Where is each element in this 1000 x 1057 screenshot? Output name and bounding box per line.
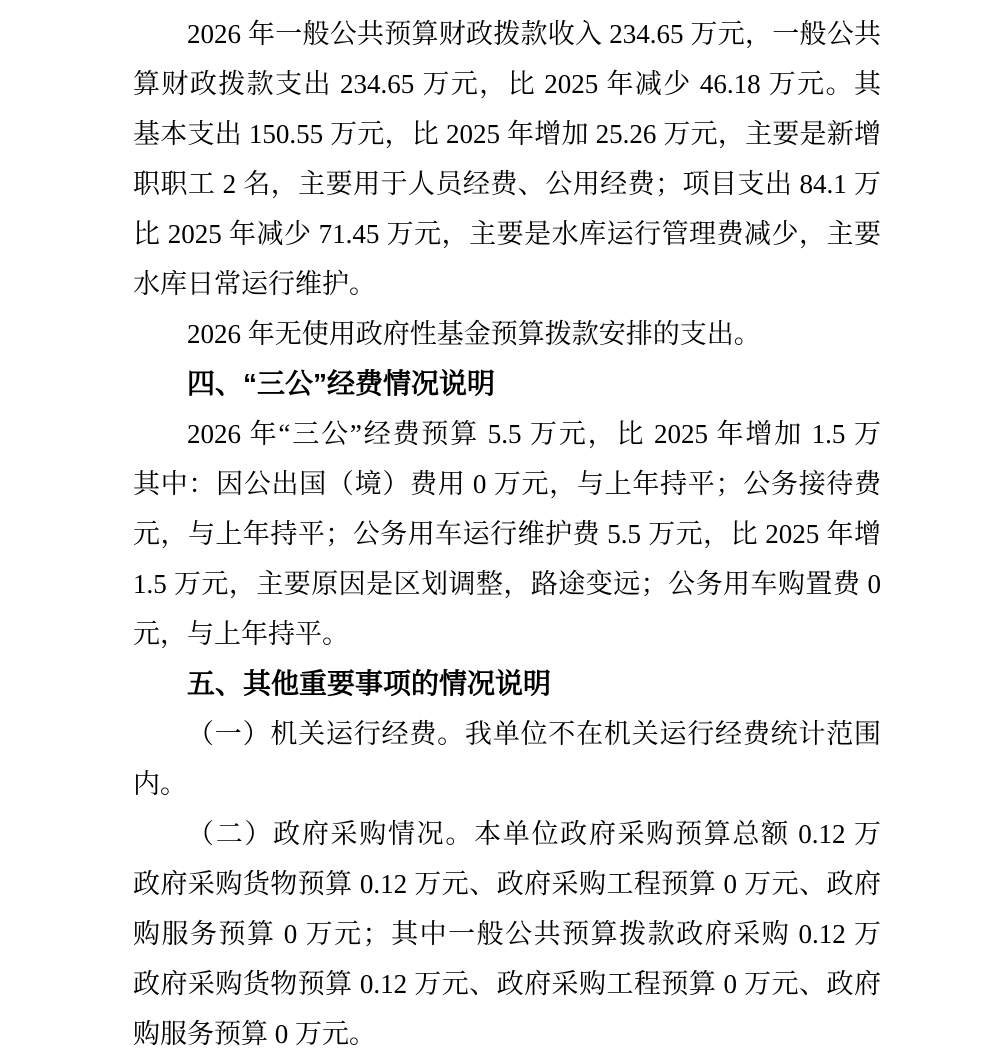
text-line: （二）政府采购情况。本单位政府采购预算总额 0.12 万元： xyxy=(133,809,881,859)
text-line: 购服务预算 0 万元。 xyxy=(133,1009,881,1057)
text-line: 2026 年“三公”经费预算 5.5 万元，比 2025 年增加 1.5 万元。 xyxy=(133,409,881,459)
document-page: 2026 年一般公共预算财政拨款收入 234.65 万元，一般公共预算财政拨款支… xyxy=(133,9,881,1057)
section-heading: 四、“三公”经费情况说明 xyxy=(133,359,881,409)
text-line: 政府采购货物预算 0.12 万元、政府采购工程预算 0 万元、政府采 xyxy=(133,959,881,1009)
text-line: 元，与上年持平；公务用车运行维护费 5.5 万元，比 2025 年增加 xyxy=(133,509,881,559)
text-line: 其中：因公出国（境）费用 0 万元，与上年持平；公务接待费 0 万 xyxy=(133,459,881,509)
text-line: 1.5 万元，主要原因是区划调整，路途变远；公务用车购置费 0 万 xyxy=(133,559,881,609)
section-heading: 五、其他重要事项的情况说明 xyxy=(133,659,881,709)
text-line: 购服务预算 0 万元；其中一般公共预算拨款政府采购 0.12 万元： xyxy=(133,909,881,959)
text-line: 职职工 2 名，主要用于人员经费、公用经费；项目支出 84.1 万元， xyxy=(133,159,881,209)
text-line: 2026 年一般公共预算财政拨款收入 234.65 万元，一般公共预 xyxy=(133,9,881,59)
text-line: 水库日常运行维护。 xyxy=(133,259,881,309)
text-line: 比 2025 年减少 71.45 万元，主要是水库运行管理费减少，主要用于 xyxy=(133,209,881,259)
text-line: 内。 xyxy=(133,759,881,809)
text-line: 2026 年无使用政府性基金预算拨款安排的支出。 xyxy=(133,309,881,359)
text-line: 基本支出 150.55 万元，比 2025 年增加 25.26 万元，主要是新增… xyxy=(133,109,881,159)
text-line: 算财政拨款支出 234.65 万元，比 2025 年减少 46.18 万元。其中… xyxy=(133,59,881,109)
text-line: 元，与上年持平。 xyxy=(133,609,881,659)
text-line: 政府采购货物预算 0.12 万元、政府采购工程预算 0 万元、政府采 xyxy=(133,859,881,909)
text-line: （一）机关运行经费。我单位不在机关运行经费统计范围之 xyxy=(133,709,881,759)
